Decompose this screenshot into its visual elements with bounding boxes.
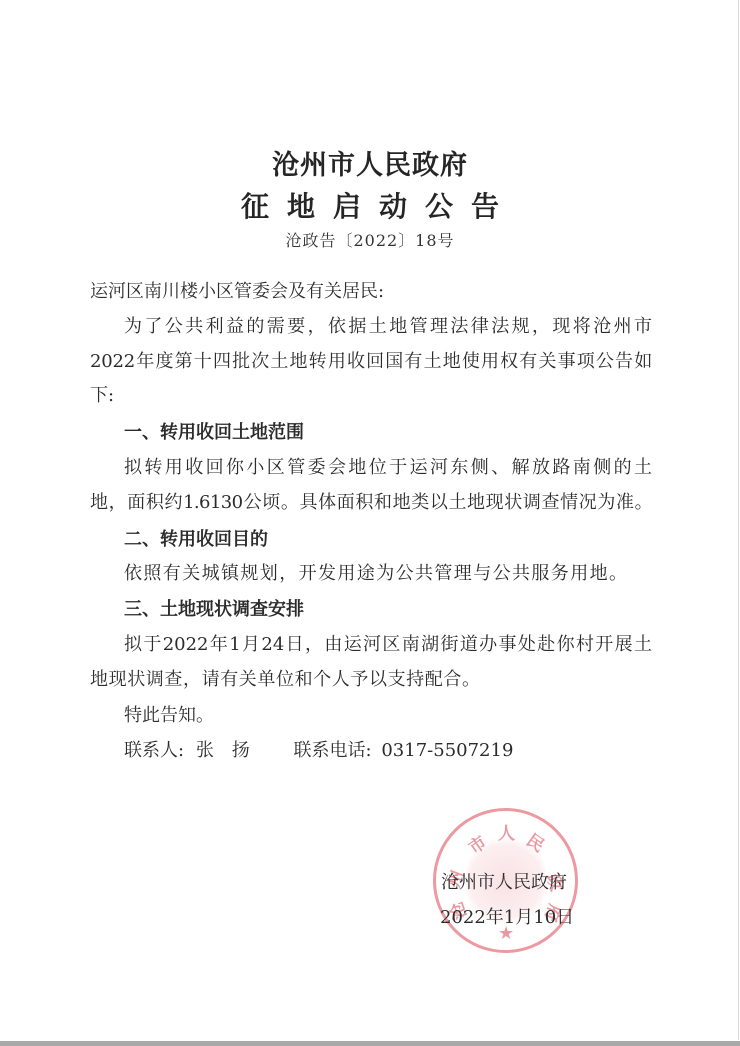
section-2-line-1: 依照有关城镇规划，开发用途为公共管理与公共服务用地。 <box>124 562 628 586</box>
signature-date: 2022年1月10日 <box>440 903 574 929</box>
notice-title: 征地启动公告 <box>0 185 740 225</box>
intro-line-1: 为了公共利益的需要，依据土地管理法律法规，现将沧州市 <box>124 315 652 339</box>
section-1-line-2: 地，面积约1.6130公顷。具体面积和地类以土地现状调查情况为准。 <box>90 491 652 515</box>
section-2-heading: 二、转用收回目的 <box>124 528 268 552</box>
intro-line-2: 2022年度第十四批次土地转用收回国有土地使用权有关事项公告如 <box>90 350 652 374</box>
issuer-title: 沧州市人民政府 <box>0 143 740 182</box>
section-1-heading: 一、转用收回土地范围 <box>124 421 304 445</box>
closing-text: 特此告知。 <box>124 704 214 728</box>
document-number: 沧政告〔2022〕18号 <box>0 228 740 251</box>
scan-edge <box>0 1041 740 1046</box>
document-page: 沧州市人民政府 征地启动公告 沧政告〔2022〕18号 运河区南川楼小区管委会及… <box>0 0 739 1040</box>
contact-line: 联系人: 张 扬 联系电话: 0317-5507219 <box>124 739 513 763</box>
intro-line-3: 下: <box>90 384 114 408</box>
section-3-line-2: 地现状调查，请有关单位和个人予以支持配合。 <box>90 668 481 692</box>
section-3-line-1: 拟于2022年1月24日，由运河区南湖街道办事处赴你村开展土 <box>124 633 652 657</box>
section-1-line-1: 拟转用收回你小区管委会地位于运河东侧、解放路南侧的土 <box>124 456 652 480</box>
contact-person-label: 联系人: <box>124 740 184 761</box>
signature-organization: 沧州市人民政府 <box>441 868 567 894</box>
contact-phone-label: 联系电话: <box>294 740 372 761</box>
contact-person-name: 张 扬 <box>196 740 250 761</box>
salutation: 运河区南川楼小区管委会及有关居民: <box>90 280 384 304</box>
stamp-char: 人 <box>498 819 515 844</box>
contact-phone: 0317-5507219 <box>381 740 513 761</box>
section-3-heading: 三、土地现状调查安排 <box>124 598 304 622</box>
